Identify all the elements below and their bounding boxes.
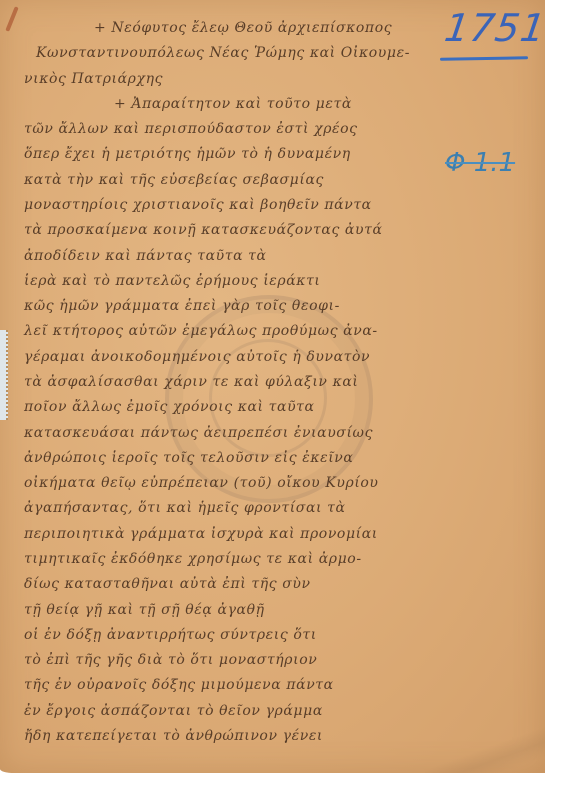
text-line: οἰκήματα θεῖῳ εὐπρέπειαν (τοῦ) οἴκου Κυρ… [24, 475, 379, 491]
text-line: κῶς ἡμῶν γράμματα ἐπεὶ γὰρ τοῖς θεοφι- [24, 298, 340, 314]
text-line: ἐν ἔργοις ἀσπάζονται τὸ θεῖον γράμμα [24, 703, 323, 719]
text-line: ὅπερ ἔχει ἡ μετριότης ἡμῶν τὸ ἡ δυναμένη [24, 146, 351, 162]
margin-note: Φ 1.1 [445, 148, 515, 178]
manuscript-page: 1751 Φ 1.1 + Νεόφυτος ἔλεῳ Θεοῦ ἀρχιεπίσ… [0, 0, 545, 773]
text-line: τιμητικαῖς ἐκδόθηκε χρησίμως τε καὶ ἀρμο… [24, 551, 362, 567]
text-line: ἱερὰ καὶ τὸ παντελῶς ἐρήμους ἱεράκτι [24, 273, 321, 289]
text-line: νικὸς Πατριάρχης [24, 71, 163, 87]
text-line: τὰ ἀσφαλίσασθαι χάριν τε καὶ φύλαξιν καὶ [24, 374, 359, 390]
text-line: τῇ θείᾳ γῇ καὶ τῇ σῇ θέᾳ ἀγαθῇ [24, 602, 265, 618]
text-line: ἀγαπήσαντας, ὅτι καὶ ἡμεῖς φροντίσαι τὰ [24, 500, 346, 516]
text-line: κατασκευάσαι πάντως ἀειπρεπέσι ἐνιαυσίως [24, 425, 373, 441]
text-line: λεῖ κτήτορος αὐτῶν ἐμεγάλως προθύμως ἀνα… [24, 323, 378, 339]
text-line: κατὰ τὴν καὶ τῆς εὐσεβείας σεβασμίας [24, 172, 324, 188]
pencil-mark [5, 6, 18, 32]
text-line: δίως κατασταθῆναι αὐτὰ ἐπὶ τῆς σὺν [24, 576, 311, 592]
text-line: περιποιητικὰ γράμματα ἰσχυρὰ καὶ προνομί… [24, 526, 378, 542]
archive-number-underline [440, 56, 528, 61]
text-line: ἤδη κατεπείγεται τὸ ἀνθρώπινον γένει [24, 728, 323, 744]
text-line: Κωνσταντινουπόλεως Νέας Ῥώμης καὶ Οἰκουμ… [36, 45, 410, 61]
text-line: τὰ προσκαίμενα κοινῇ κατασκευάζοντας ἀυτ… [24, 222, 383, 238]
text-line: ἀνθρώποις ἱεροῖς τοῖς τελοῦσιν εἰς ἐκεῖν… [24, 450, 353, 466]
text-line: + Ἀπαραίτητον καὶ τοῦτο μετὰ [114, 96, 352, 112]
archive-number: 1751 [442, 6, 549, 50]
text-line: τὸ ἐπὶ τῆς γῆς διὰ τὸ ὅτι μοναστήριον [24, 652, 317, 668]
text-line: ἀποδίδειν καὶ πάντας ταῦτα τὰ [24, 248, 267, 264]
text-line: γέραμαι ἀνοικοδομημένοις αὐτοῖς ἡ δυνατὸ… [24, 349, 370, 365]
text-line: μοναστηρίοις χριστιανοῖς καὶ βοηθεῖν πάν… [24, 197, 372, 213]
text-line: ποῖον ἄλλως ἐμοῖς χρόνοις καὶ ταῦτα [24, 399, 315, 415]
torn-edge [0, 330, 8, 420]
text-line: + Νεόφυτος ἔλεῳ Θεοῦ ἀρχιεπίσκοπος [94, 20, 392, 36]
text-line: οἱ ἐν δόξῃ ἀναντιρρήτως σύντρεις ὅτι [24, 627, 317, 643]
text-line: τῆς ἐν οὐρανοῖς δόξης μιμούμενα πάντα [24, 677, 334, 693]
text-line: τῶν ἄλλων καὶ περισπούδαστον ἐστὶ χρέος [24, 121, 358, 137]
